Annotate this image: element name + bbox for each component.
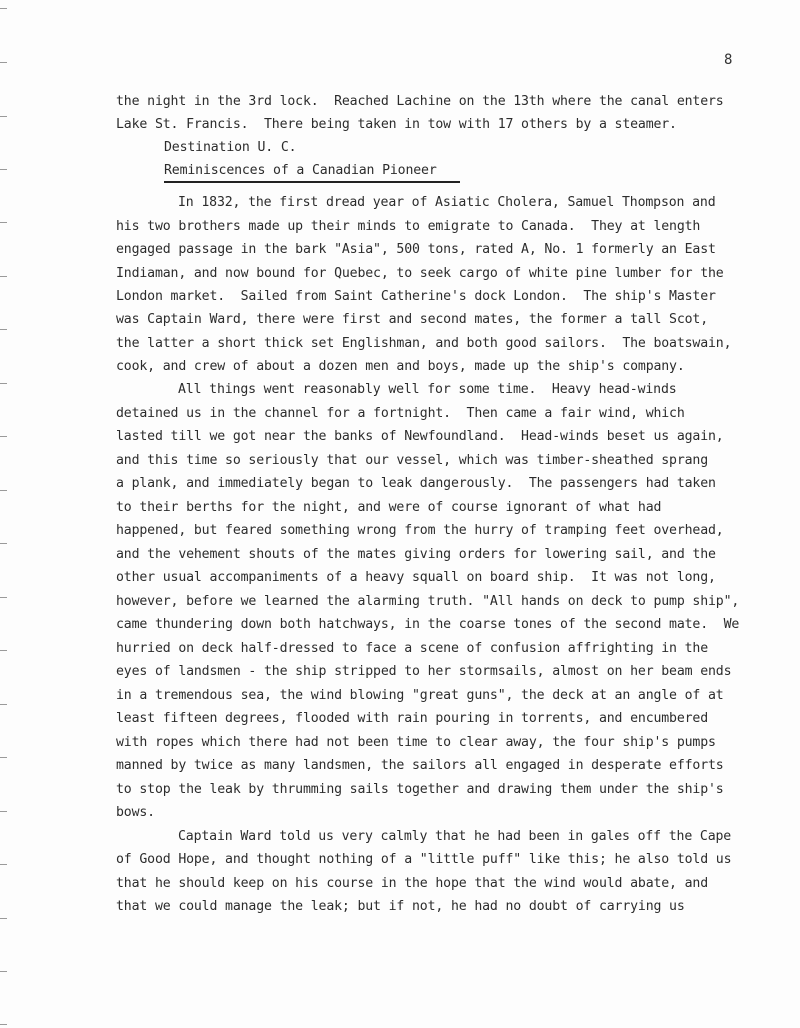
text-line: lasted till we got near the banks of New… [116,429,724,444]
text-line: cook, and crew of about a dozen men and … [116,359,685,374]
margin-mark [0,329,7,330]
margin-mark [0,704,7,705]
text-line: a plank, and immediately began to leak d… [116,476,716,491]
text-line: in a tremendous sea, the wind blowing "g… [116,688,724,703]
margin-mark [0,222,7,223]
text-line: hurried on deck half-dressed to face a s… [116,641,708,656]
margin-mark [0,62,7,63]
text-line: to stop the leak by thrumming sails toge… [116,782,724,797]
text-line: of Good Hope, and thought nothing of a "… [116,852,731,867]
text-line: London market. Sailed from Saint Catheri… [116,289,716,304]
margin-mark [0,971,7,972]
margin-mark [0,650,7,651]
text-line: manned by twice as many landsmen, the sa… [116,758,724,773]
text-line: Indiaman, and now bound for Quebec, to s… [116,266,724,281]
text-line: All things went reasonably well for some… [178,382,677,397]
text-line: In 1832, the first dread year of Asiatic… [178,195,715,210]
text-line: happened, but feared something wrong fro… [116,523,724,538]
text-line: bows. [116,805,155,820]
text-line: to their berths for the night, and were … [116,500,661,515]
text-line: eyes of landsmen - the ship stripped to … [116,664,731,679]
heading-underline [164,181,460,183]
margin-mark [0,8,7,9]
margin-mark [0,811,7,812]
margin-mark [0,276,7,277]
text-line: least fifteen degrees, flooded with rain… [116,711,708,726]
margin-mark [0,918,7,919]
text-line: however, before we learned the alarming … [116,594,739,609]
text-line: and this time so seriously that our vess… [116,453,708,468]
text-line: Destination U. C. [164,140,296,155]
text-line: with ropes which there had not been time… [116,735,716,750]
text-line: came thundering down both hatchways, in … [116,617,739,632]
text-line: the night in the 3rd lock. Reached Lachi… [116,94,724,109]
text-line: that we could manage the leak; but if no… [116,899,685,914]
margin-mark [0,383,7,384]
text-line: the latter a short thick set Englishman,… [116,336,731,351]
text-line: his two brothers made up their minds to … [116,219,700,234]
text-line: was Captain Ward, there were first and s… [116,312,708,327]
text-line: detained us in the channel for a fortnig… [116,406,685,421]
margin-mark [0,864,7,865]
page-number: 8 [724,52,732,68]
margin-mark [0,757,7,758]
margin-mark [0,436,7,437]
text-line: Lake St. Francis. There being taken in t… [116,117,677,132]
text-line: other usual accompaniments of a heavy sq… [116,570,716,585]
text-line: and the vehement shouts of the mates giv… [116,547,716,562]
text-line: Captain Ward told us very calmly that he… [178,829,731,844]
margin-mark [0,1024,7,1025]
text-line: engaged passage in the bark "Asia", 500 … [116,242,716,257]
margin-mark [0,490,7,491]
margin-mark [0,597,7,598]
text-line: that he should keep on his course in the… [116,876,708,891]
margin-mark [0,543,7,544]
margin-mark [0,169,7,170]
margin-mark [0,116,7,117]
section-heading: Reminiscences of a Canadian Pioneer [164,163,437,178]
